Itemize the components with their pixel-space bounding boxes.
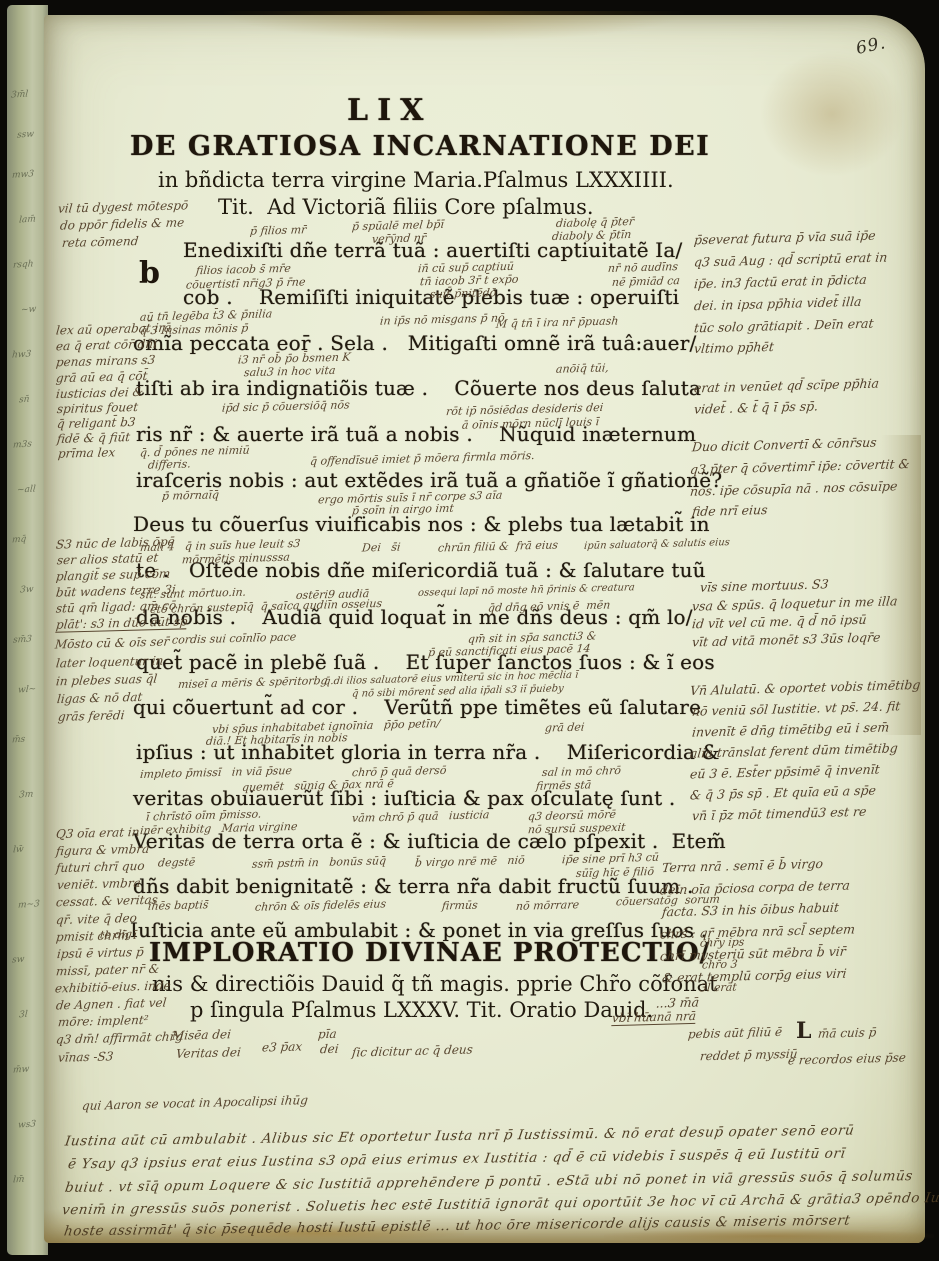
bottom-right-stain [604,1229,934,1243]
bottom-edge-stain [44,1209,925,1243]
edge-writing-fragment: lw̄ [13,845,24,856]
edge-writing-fragment: sn̄ [19,395,30,406]
edge-writing-fragment: 3w [20,584,34,595]
book-page [44,15,925,1243]
edge-writing-fragment: lm̄ [13,1175,25,1186]
top-edge-stain [224,11,684,41]
edge-writing-fragment: m̄w [13,1064,30,1075]
previous-page-edge: 3m̄lsswmw3lam̄rsqh~whw3sn̄m3s~allmq̄3wsm… [7,5,48,1255]
edge-writing-fragment: ssw [17,129,35,140]
edge-writing-fragment: sw [12,955,25,966]
corner-stain [757,49,907,179]
edge-writing-fragment: lam̄ [19,214,36,225]
right-edge-shading [881,435,921,735]
edge-writing-fragment: ~w [21,304,37,315]
edge-writing-fragment: ~all [17,484,36,495]
edge-writing-fragment: mq̄ [12,534,27,545]
edge-writing-fragment: m~3 [18,899,40,911]
edge-writing-fragment: mw3 [12,169,35,181]
bottom-left-stain [164,1225,464,1241]
edge-writing-fragment: wl~ [18,684,37,695]
edge-writing-fragment: m3s [13,439,33,450]
edge-writing-fragment: ws3 [18,1119,37,1130]
edge-writing-fragment: 3m̄l [11,89,29,100]
edge-writing-fragment: 3m [19,789,34,800]
edge-writing-fragment: hw3 [12,349,32,360]
edge-writing-fragment: 3l [19,1010,28,1021]
edge-writing-fragment: rsqh [13,259,34,271]
photographed-book-page: { "page_number": "69.", "headings": { "c… [0,0,939,1261]
edge-writing-fragment: sm̄3 [13,634,33,645]
edge-writing-fragment: m̄s [12,735,26,746]
